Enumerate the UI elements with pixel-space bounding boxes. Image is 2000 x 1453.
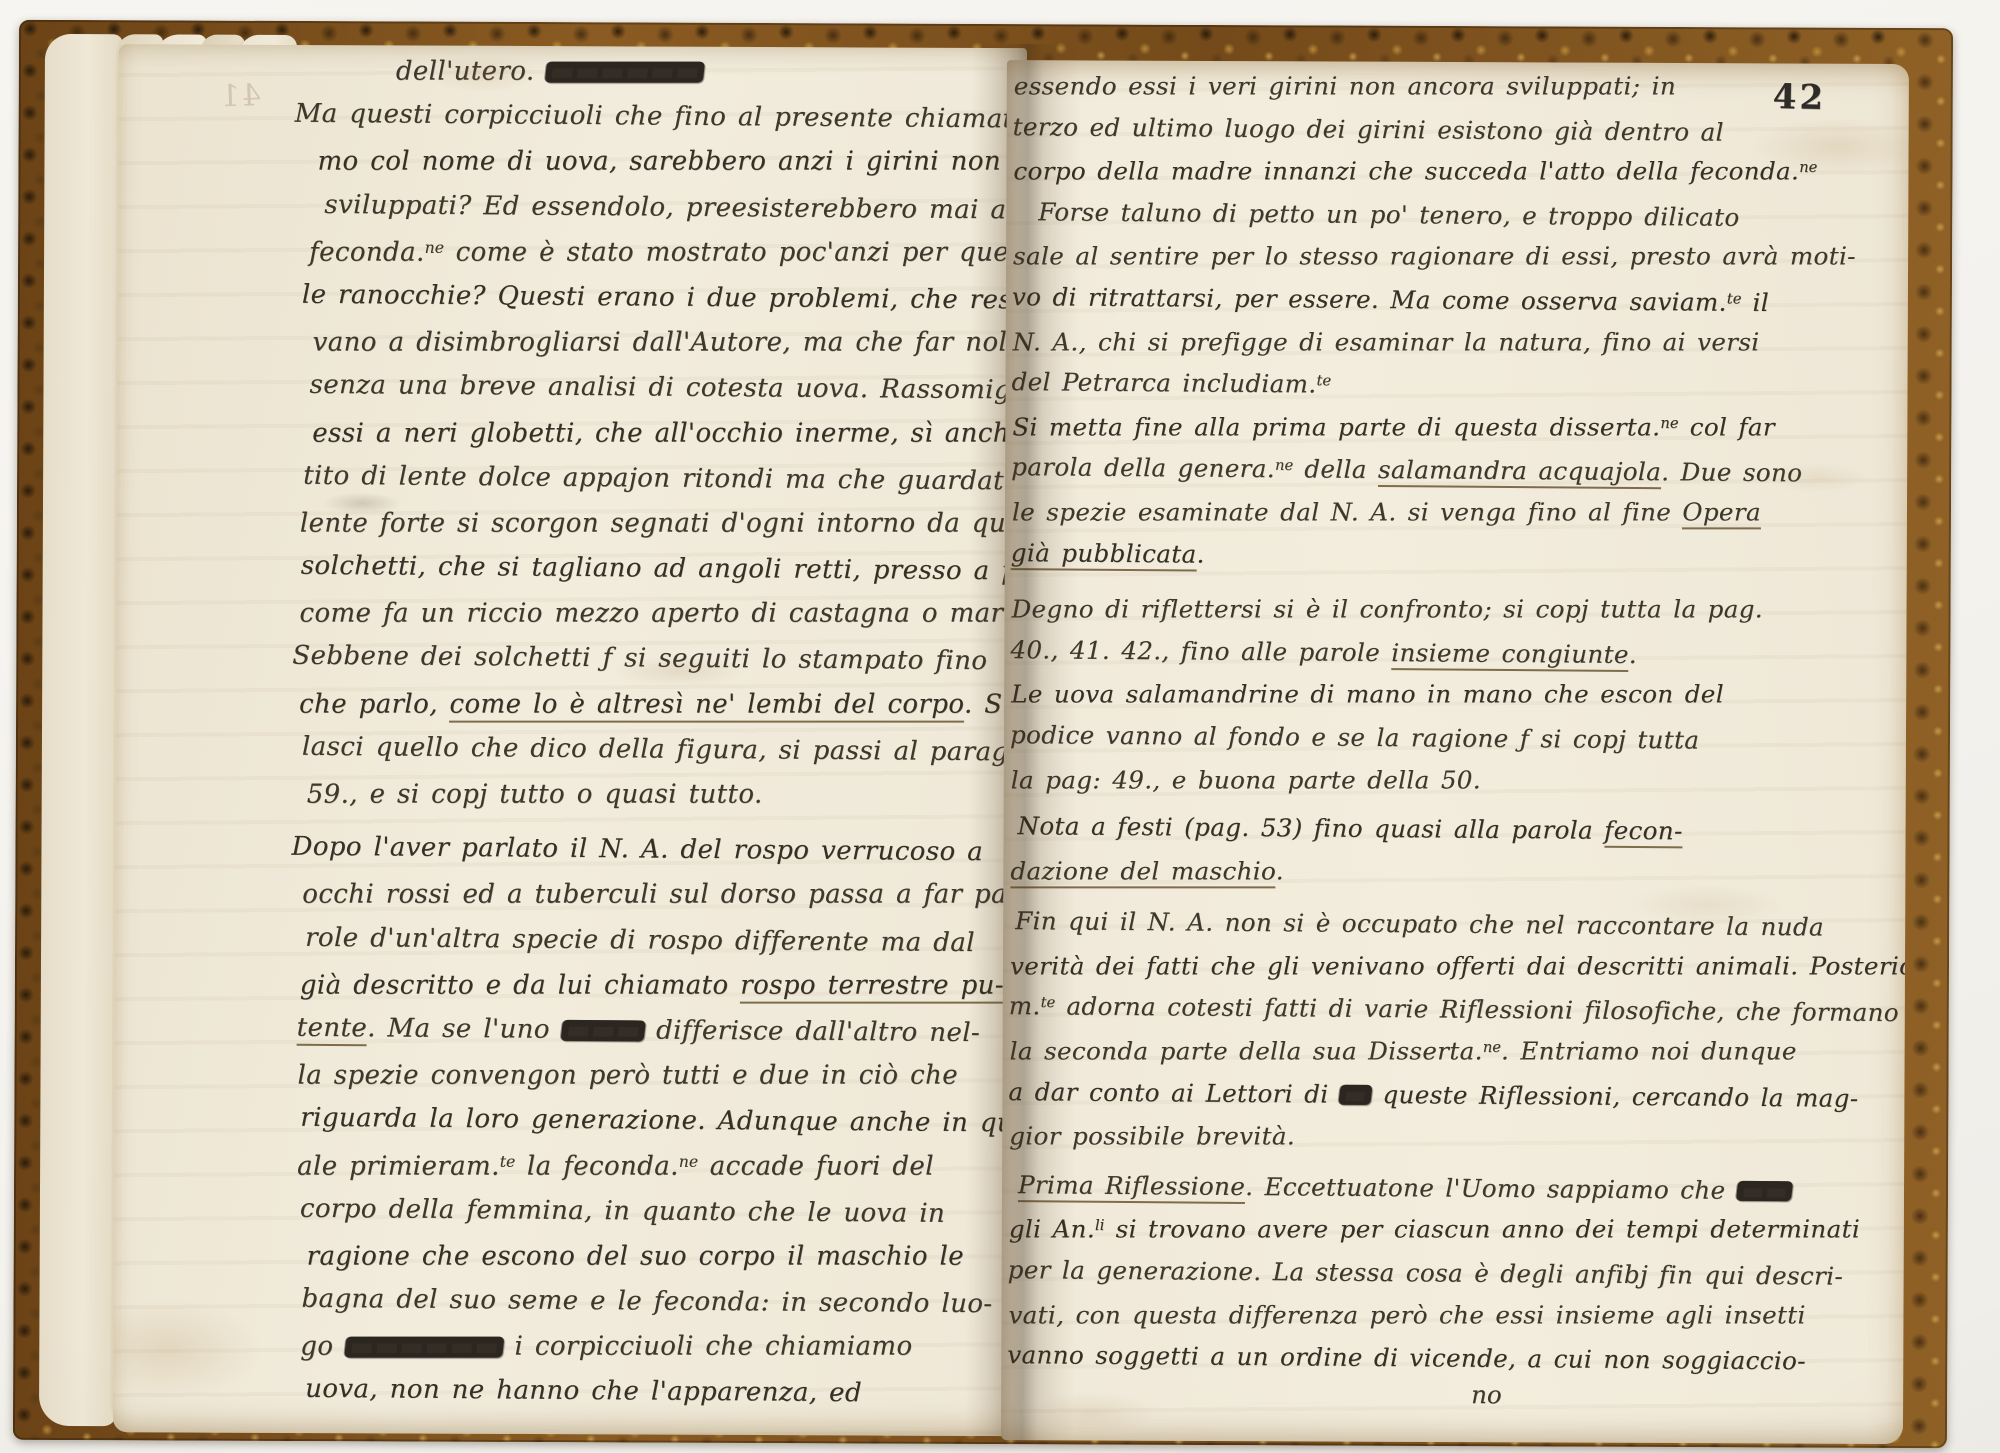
manuscript-line: Dopo l'aver parlato il N. A. del rospo v… [291, 832, 1021, 883]
right-page: 42 essendo essi i veri girini non ancora… [1001, 60, 1909, 1444]
page-number: 42 [1772, 77, 1826, 118]
manuscript-line: Ma questi corpicciuoli che fino al prese… [294, 99, 1024, 150]
manuscript-line: le spezie esaminate dal N. A. si venga f… [1012, 497, 1598, 540]
manuscript-line: del Petrarca includiam.te [1011, 367, 1597, 414]
photo-backdrop: 41 dell'utero. ▬▬▬▬▬▬Ma questi corpicciu… [0, 0, 2000, 1453]
manuscript-line: go ▬▬▬▬▬▬ i corpicciuoli che chiamiamo [290, 1332, 1020, 1377]
manuscript-line: m.te adorna cotesti fatti di varie Rifle… [1009, 992, 1595, 1039]
manuscript-line: mo col nome di uova, sarebbero anzi i gi… [295, 147, 1025, 192]
manuscript-line: feconda.ne come è stato mostrato poc'anz… [295, 237, 1025, 282]
manuscript-line: Si metta fine alla prima parte di questa… [1012, 412, 1598, 455]
manuscript-line: per la generazione. La stessa cosa è deg… [1007, 1255, 1593, 1302]
manuscript-line: solchetti, che si tagliano ad angoli ret… [293, 551, 1023, 602]
manuscript-line: le ranocchie? Questi erano i due problem… [294, 280, 1024, 331]
manuscript-line: Forse taluno di petto un po' tenero, e t… [1012, 197, 1598, 244]
manuscript-line: essendo essi i veri girini non ancora sv… [1014, 71, 1600, 114]
manuscript-line: Le uova salamandrine di mano in mano che… [1011, 680, 1597, 723]
manuscript-line: Degno di riflettersi si è il confronto; … [1012, 595, 1598, 638]
manuscript-line: Sebbene dei solchetti ƒ si seguiti lo st… [292, 641, 1022, 692]
manuscript-line: Prima Riflessione. Eccettuatone l'Uomo s… [1008, 1170, 1594, 1217]
manuscript-line: gli An.li si trovano avere per ciascun a… [1009, 1215, 1595, 1258]
manuscript-line: tente. Ma se l'uno ▬▬▬ differisce dall'a… [291, 1013, 1021, 1064]
manuscript-line: Nota a festi (pag. 53) fino quasi alla p… [1009, 811, 1595, 858]
manuscript-line: lente forte si scorgon segnati d'ogni in… [294, 508, 1024, 553]
manuscript-line: occhi rossi ed a tuberculi sul dorso pas… [292, 880, 1022, 925]
manuscript-line: vanno soggetti a un ordine di vicende, a… [1007, 1340, 1593, 1387]
manuscript-line: corpo della madre innanzi che succeda l'… [1013, 157, 1599, 200]
manuscript-line: gior possibile brevità. [1009, 1122, 1595, 1165]
left-page-text: dell'utero. ▬▬▬▬▬▬Ma questi corpicciuoli… [289, 55, 1025, 1424]
ghost-page-number: 41 [218, 78, 261, 114]
manuscript-line: vati, con questa differenza però che ess… [1008, 1300, 1594, 1343]
manuscript-line: vo di ritrattarsi, per essere. Ma come o… [1012, 282, 1598, 329]
manuscript-line: N. A., chi si prefigge di esaminar la na… [1013, 327, 1599, 370]
right-page-text: essendo essi i veri girini non ancora sv… [1007, 70, 1599, 1386]
manuscript-line: 59., e si copj tutto o quasi tutto. [293, 780, 1023, 825]
manuscript-line: già pubblicata. [1011, 538, 1597, 585]
manuscript-line: senza una breve analisi di cotesta uova.… [293, 370, 1023, 421]
left-page: 41 dell'utero. ▬▬▬▬▬▬Ma questi corpicciu… [113, 44, 1027, 1436]
manuscript-line: sale al sentire per lo stesso ragionare … [1013, 242, 1599, 285]
manuscript-line: terzo ed ultimo luogo dei girini esiston… [1012, 112, 1598, 159]
manuscript-line: dazione del maschio. [1010, 856, 1596, 899]
manuscript-line: a dar conto ai Lettori di ▬ queste Rifle… [1008, 1077, 1594, 1124]
book-cover: 41 dell'utero. ▬▬▬▬▬▬Ma questi corpicciu… [13, 20, 1953, 1448]
manuscript-line: ale primieram.te la feconda.ne accade fu… [291, 1151, 1021, 1196]
manuscript-line: riguarda la loro generazione. Adunque an… [290, 1103, 1020, 1154]
manuscript-line: role d'un'altra specie di rospo differen… [291, 922, 1021, 973]
manuscript-line: podice vanno al fondo e se la ragione ƒ … [1010, 720, 1596, 767]
manuscript-line: verità dei fatti che gli venivano offert… [1010, 951, 1596, 994]
manuscript-line: corpo della femmina, in quanto che le uo… [290, 1193, 1020, 1244]
manuscript-line: parola della genera.ne della salamandra … [1011, 452, 1597, 499]
manuscript-line: la pag: 49., e buona parte della 50. [1011, 765, 1597, 808]
page-edge-strip [39, 34, 123, 1426]
manuscript-line: vano a disimbrogliarsi dall'Autore, ma c… [295, 328, 1025, 373]
manuscript-line: dell'utero. ▬▬▬▬▬▬ [296, 57, 1026, 102]
manuscript-line: la seconda parte della sua Disserta.ne. … [1010, 1036, 1596, 1079]
manuscript-line: ragione che escono del suo corpo il masc… [291, 1241, 1021, 1286]
manuscript-line: tito di lente dolce appajon ritondi ma c… [293, 460, 1023, 511]
manuscript-line: che parlo, come lo è altresì ne' lembi d… [293, 689, 1023, 734]
manuscript-line: la spezie convengon però tutti e due in … [291, 1061, 1021, 1106]
manuscript-line: essi a neri globetti, che all'occhio ine… [294, 418, 1024, 463]
manuscript-line: Fin qui il N. A. non si è occupato che n… [1009, 906, 1595, 953]
manuscript-line: sviluppati? Ed essendolo, preesisterebbe… [294, 189, 1024, 240]
manuscript-line: uova, non ne hanno che l'apparenza, ed [289, 1374, 1019, 1425]
manuscript-line: bagna del suo seme e le feconda: in seco… [289, 1284, 1019, 1335]
manuscript-line: come fa un riccio mezzo aperto di castag… [293, 599, 1023, 644]
manuscript-line: lasci quello che dico della figura, si p… [292, 732, 1022, 783]
manuscript-line: 40., 41. 42., fino alle parole insieme c… [1010, 635, 1596, 682]
manuscript-line: già descritto e da lui chiamato rospo te… [292, 970, 1022, 1015]
catchword: no [1471, 1380, 1502, 1409]
